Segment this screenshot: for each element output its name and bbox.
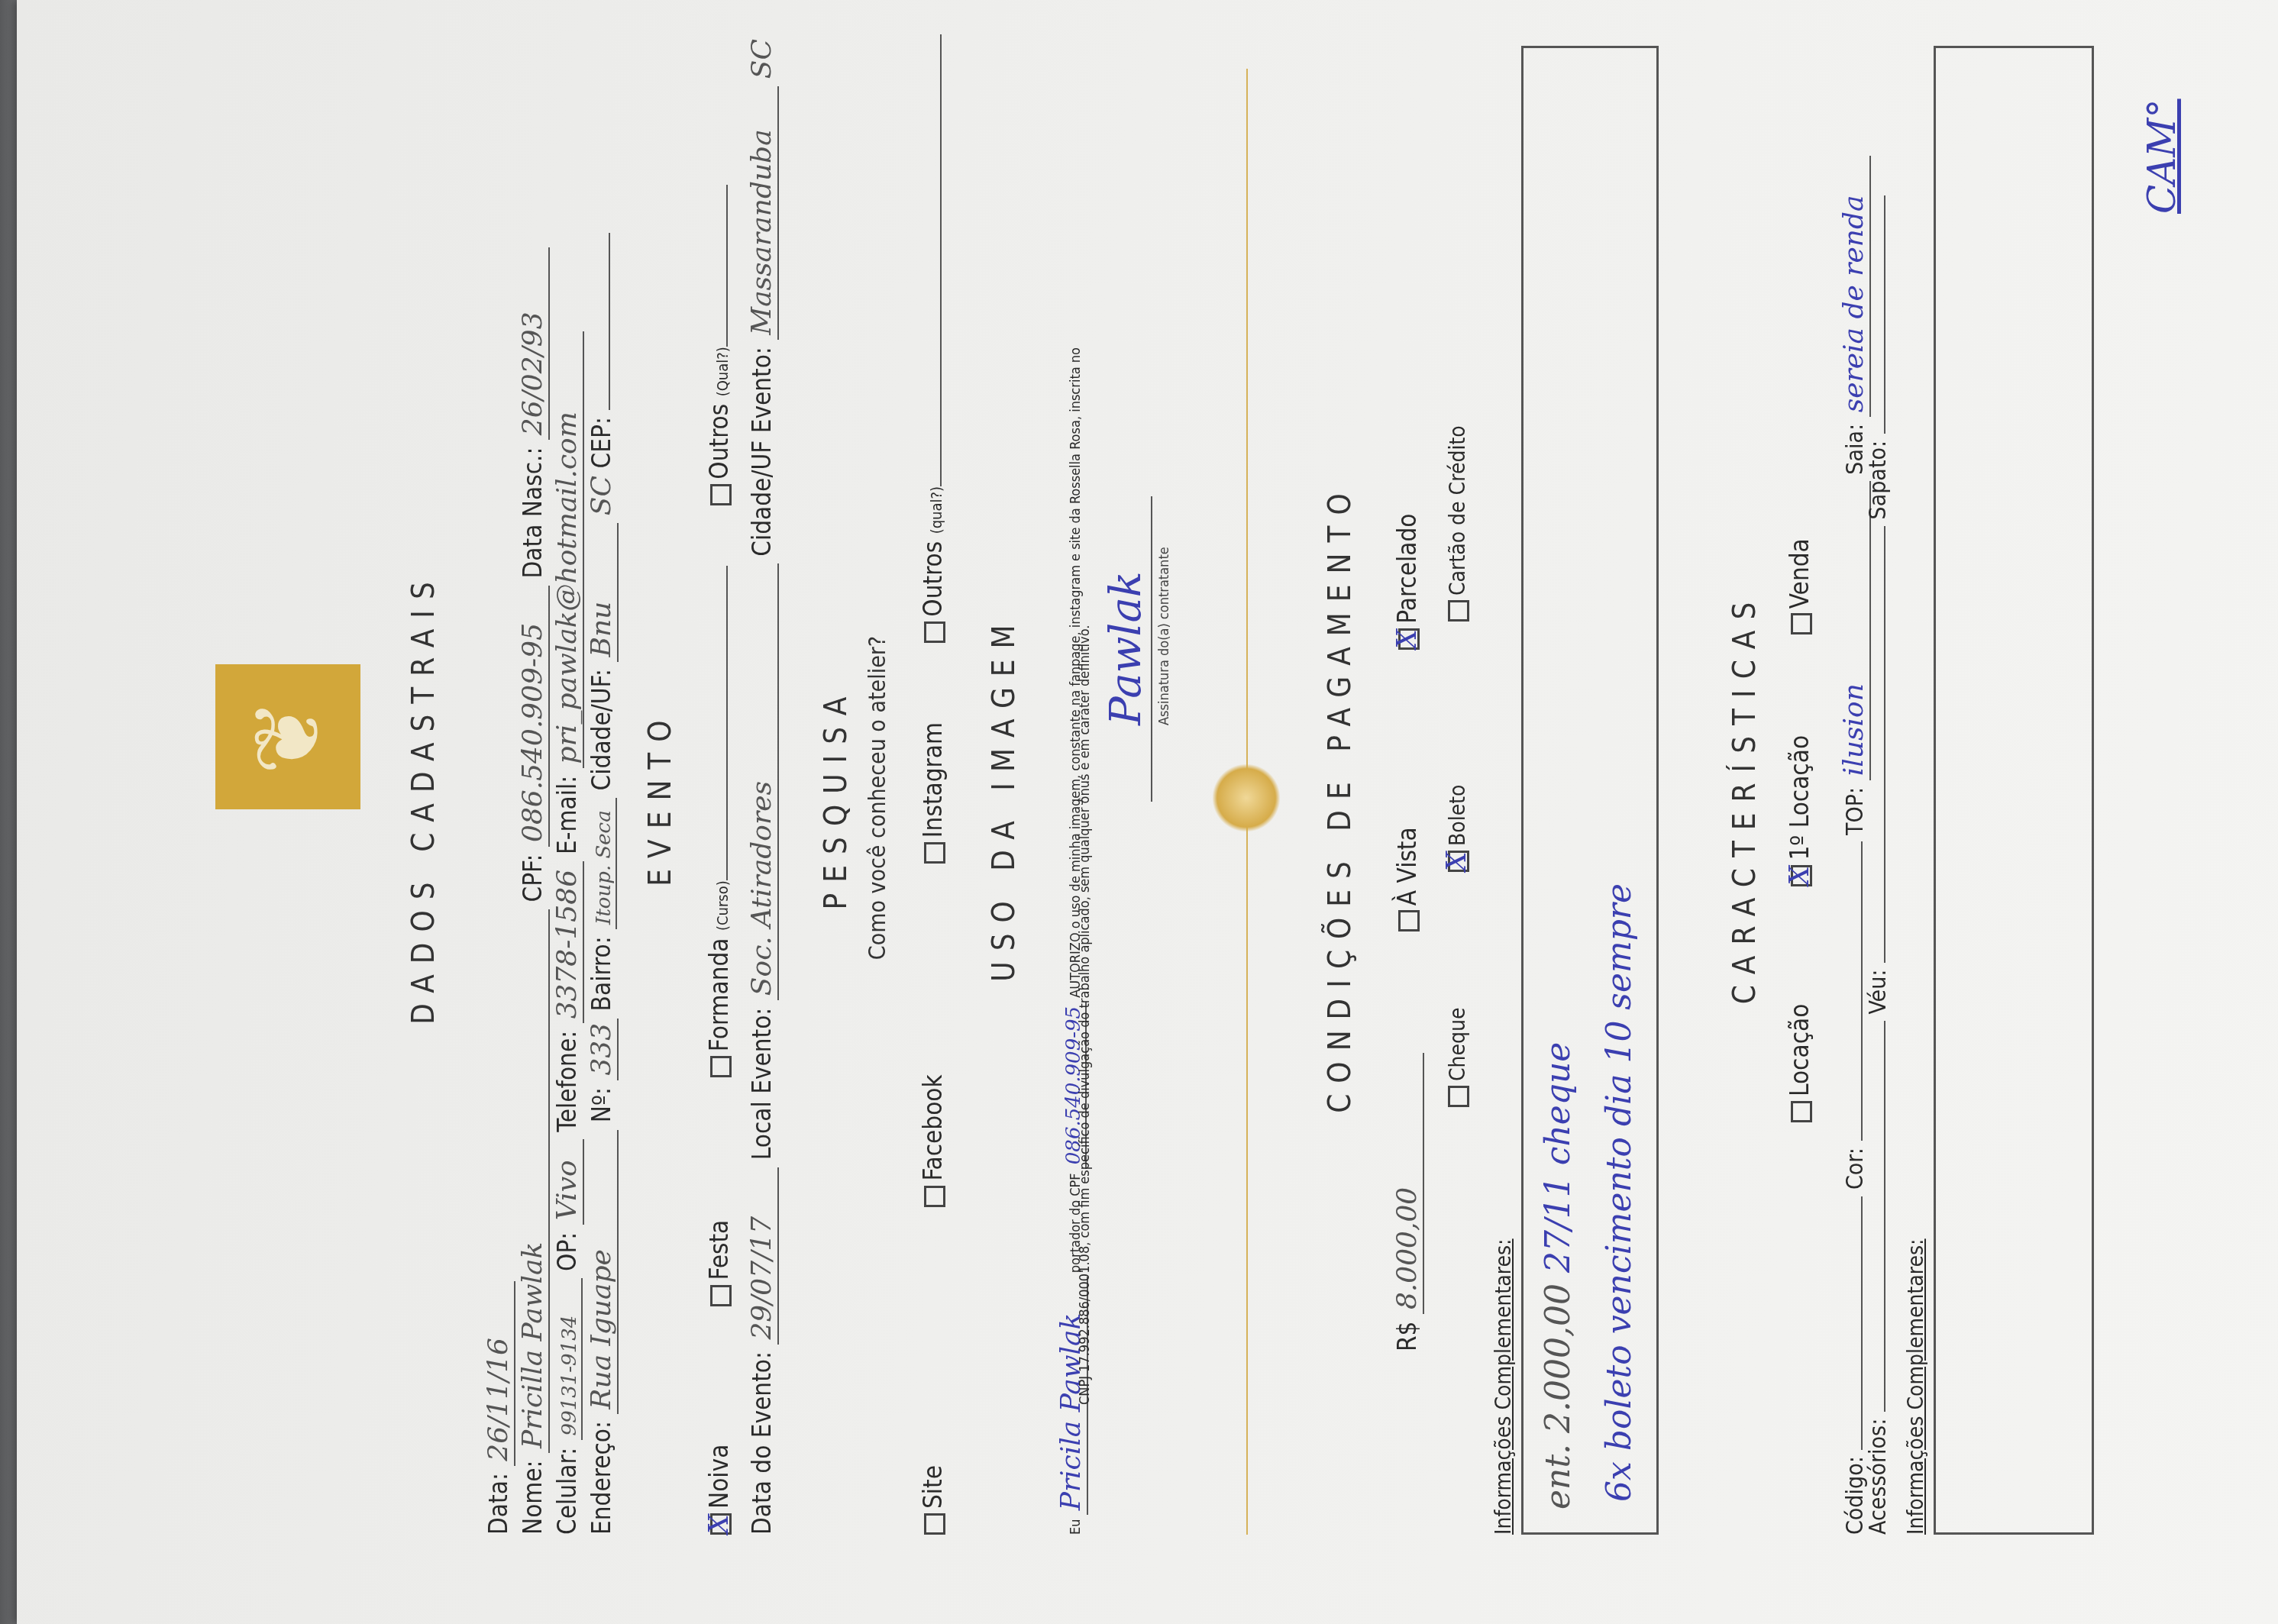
cor-field[interactable] bbox=[1861, 841, 1863, 1141]
row-endereco: Endereço: Rua Iguape Nº: 333 Bairro: Ito… bbox=[586, 233, 619, 1535]
caracteristicas-options: Locação 1º Locação Venda bbox=[1785, 538, 1814, 1122]
paper-form: CAM° ❦ DADOS CADASTRAIS Data: 26/11/16 N… bbox=[17, 0, 2278, 1624]
nome-field[interactable]: Pricilla Pawlak bbox=[517, 909, 550, 1453]
numero-label: Nº: bbox=[586, 1087, 616, 1122]
evento-options: Noiva Festa Formanda (Curso) Outros (Qua… bbox=[704, 185, 734, 1535]
cidade-evento-label: Cidade/UF Evento: bbox=[747, 347, 777, 557]
checkbox-facebook[interactable] bbox=[924, 1186, 945, 1207]
row-nome-cpf: Nome: Pricilla Pawlak CPF: 086.540.909-9… bbox=[517, 247, 550, 1535]
section-title-pagamento: CONDIÇÕES DE PAGAMENTO bbox=[1323, 0, 1358, 1596]
bairro-field[interactable]: Itoup. Seca bbox=[593, 798, 617, 929]
pagamento-info-label: Informações Complementares: bbox=[1491, 1238, 1516, 1535]
checkbox-site[interactable] bbox=[924, 1513, 945, 1535]
op-label: OP: bbox=[552, 1232, 582, 1271]
sapato-field[interactable] bbox=[1884, 195, 1885, 434]
checkbox-parcelado[interactable] bbox=[1398, 628, 1420, 650]
telefone-label: Telefone: bbox=[552, 1031, 582, 1132]
data-label: Data: bbox=[483, 1473, 513, 1535]
option-cartao[interactable]: Cartão de Crédito bbox=[1445, 425, 1470, 622]
divider-emblem-icon bbox=[1212, 764, 1281, 832]
checkbox-cartao[interactable] bbox=[1448, 600, 1469, 622]
option-instagram[interactable]: Instagram bbox=[918, 650, 948, 864]
option-cheque[interactable]: Cheque bbox=[1445, 878, 1470, 1107]
acessorios-field[interactable] bbox=[1884, 1021, 1885, 1412]
uso-imagem-line2: CNPJ 17.992.886/0001.08, com fim específ… bbox=[1077, 625, 1093, 1405]
option-noiva[interactable]: Noiva bbox=[704, 1313, 734, 1535]
cep-label: CEP: bbox=[586, 417, 616, 468]
celular-label: Celular: bbox=[552, 1448, 582, 1535]
data-field[interactable]: 26/11/16 bbox=[483, 1281, 515, 1466]
signature-field[interactable]: Pawlak bbox=[1101, 571, 1151, 725]
checkbox-festa[interactable] bbox=[710, 1285, 732, 1306]
cidade-field[interactable]: Bnu bbox=[586, 523, 619, 662]
section-title-dados: DADOS CADASTRAIS bbox=[406, 0, 441, 1596]
cpf-label: CPF: bbox=[518, 854, 548, 902]
telefone-field[interactable]: 3378-1586 bbox=[551, 861, 584, 1023]
checkbox-a-vista[interactable] bbox=[1398, 910, 1420, 931]
section-title-caracteristicas: CARACTERÍSTICAS bbox=[1727, 0, 1763, 1596]
checkbox-primeira-locacao[interactable] bbox=[1791, 865, 1812, 886]
checkbox-instagram[interactable] bbox=[924, 842, 945, 864]
section-title-uso-imagem: USO DA IMAGEM bbox=[987, 0, 1022, 1596]
option-outros-pesquisa[interactable]: Outros (qual?) bbox=[918, 34, 948, 643]
local-evento-field[interactable]: Soc. Atiradores bbox=[746, 563, 779, 1000]
formanda-curso-field[interactable] bbox=[726, 566, 728, 880]
bairro-label: Bairro: bbox=[586, 936, 616, 1011]
nome-label: Nome: bbox=[518, 1460, 548, 1535]
checkbox-cheque[interactable] bbox=[1448, 1086, 1469, 1107]
numero-field[interactable]: 333 bbox=[586, 1019, 619, 1080]
checkbox-outros-pesquisa[interactable] bbox=[924, 622, 945, 643]
cep-field[interactable] bbox=[609, 233, 610, 410]
checkbox-outros[interactable] bbox=[710, 484, 732, 505]
pagamento-info-line2: 6x boleto vencimento dia 10 sempre bbox=[1600, 883, 1639, 1502]
pagamento-info-line1: ent. 2.000,00 27/11 cheque bbox=[1539, 1042, 1578, 1509]
cidade-evento-field[interactable]: Massaranduba bbox=[746, 86, 779, 340]
pagamento-row2: Cheque Boleto Cartão de Crédito bbox=[1445, 425, 1470, 1107]
signature-line bbox=[1151, 496, 1152, 802]
checkbox-venda[interactable] bbox=[1791, 613, 1812, 634]
row-data-nome: Data: 26/11/16 bbox=[483, 1281, 515, 1535]
endereco-field[interactable]: Rua Iguape bbox=[586, 1130, 619, 1414]
option-formanda[interactable]: Formanda (Curso) bbox=[704, 512, 734, 1077]
data-nasc-field[interactable]: 26/02/93 bbox=[517, 247, 550, 440]
valor-field[interactable]: 8.000,00 bbox=[1391, 1053, 1424, 1314]
row-celular: Celular: 99131-9134 OP: Vivo Telefone: 3… bbox=[551, 331, 584, 1535]
data-evento-field[interactable]: 29/07/17 bbox=[746, 1167, 779, 1345]
veu-field[interactable] bbox=[1884, 526, 1885, 963]
uf-field[interactable]: SC bbox=[586, 476, 617, 515]
caracteristicas-info-box[interactable] bbox=[1934, 46, 2094, 1535]
option-parcelado[interactable]: Parcelado bbox=[1392, 514, 1422, 650]
pagamento-row1: R$ 8.000,00 À Vista Parcelado bbox=[1391, 514, 1424, 1351]
uso-imagem-text-2: CNPJ 17.992.886/0001.08, com fim específ… bbox=[1077, 625, 1093, 1405]
signature-label: Assinatura do(a) contratante bbox=[1156, 547, 1172, 725]
endereco-label: Endereço: bbox=[586, 1421, 616, 1535]
option-facebook[interactable]: Facebook bbox=[918, 871, 948, 1207]
caracteristicas-row2: Acessórios: Véu: Sapato: bbox=[1865, 195, 1892, 1535]
data-nasc-label: Data Nasc.: bbox=[518, 447, 548, 579]
evento-details: Data do Evento: 29/07/17 Local Evento: S… bbox=[746, 39, 779, 1535]
currency-label: R$ bbox=[1392, 1321, 1422, 1351]
op-field[interactable]: Vivo bbox=[551, 1139, 584, 1225]
cpf-field[interactable]: 086.540.909-95 bbox=[517, 586, 550, 847]
email-label: E-mail: bbox=[552, 776, 582, 854]
option-primeira-locacao[interactable]: 1º Locação bbox=[1785, 642, 1814, 886]
checkbox-noiva[interactable] bbox=[710, 1513, 732, 1535]
caracteristicas-info-label: Informações Complementares: bbox=[1903, 1238, 1928, 1535]
checkbox-formanda[interactable] bbox=[710, 1056, 732, 1077]
option-venda[interactable]: Venda bbox=[1785, 538, 1814, 634]
local-evento-label: Local Evento: bbox=[747, 1008, 777, 1161]
option-locacao[interactable]: Locação bbox=[1785, 893, 1814, 1122]
pesquisa-question: Como você conheceu o atelier? bbox=[864, 0, 891, 1596]
option-a-vista[interactable]: À Vista bbox=[1392, 657, 1422, 931]
data-evento-label: Data do Evento: bbox=[747, 1351, 777, 1535]
option-festa[interactable]: Festa bbox=[704, 1085, 734, 1306]
section-title-evento: EVENTO bbox=[643, 0, 678, 1596]
registration-form: ❦ DADOS CADASTRAIS Data: 26/11/16 Nome: … bbox=[330, 0, 2278, 1596]
checkbox-boleto[interactable] bbox=[1448, 851, 1469, 872]
pesquisa-options: Site Facebook Instagram Outros (qual?) bbox=[918, 34, 948, 1535]
option-boleto[interactable]: Boleto bbox=[1445, 628, 1470, 872]
celular-field[interactable]: 99131-9134 bbox=[558, 1278, 583, 1440]
outros-pesquisa-field[interactable] bbox=[940, 34, 942, 486]
codigo-field[interactable] bbox=[1861, 1196, 1863, 1450]
outros-qual-field[interactable] bbox=[726, 185, 728, 347]
brand-logo-icon: ❦ bbox=[215, 664, 360, 809]
cidade-uf-label: Cidade/UF: bbox=[586, 669, 616, 790]
section-title-pesquisa: PESQUISA bbox=[819, 0, 854, 1596]
option-outros[interactable]: Outros (Qual?) bbox=[704, 185, 734, 505]
option-site[interactable]: Site bbox=[918, 1214, 948, 1535]
checkbox-locacao[interactable] bbox=[1791, 1101, 1812, 1122]
uf-evento-field[interactable]: SC bbox=[746, 39, 777, 79]
pagamento-info-box[interactable]: ent. 2.000,00 27/11 cheque 6x boleto ven… bbox=[1521, 46, 1659, 1535]
email-field[interactable]: pri_pawlak@hotmail.com bbox=[551, 331, 584, 768]
